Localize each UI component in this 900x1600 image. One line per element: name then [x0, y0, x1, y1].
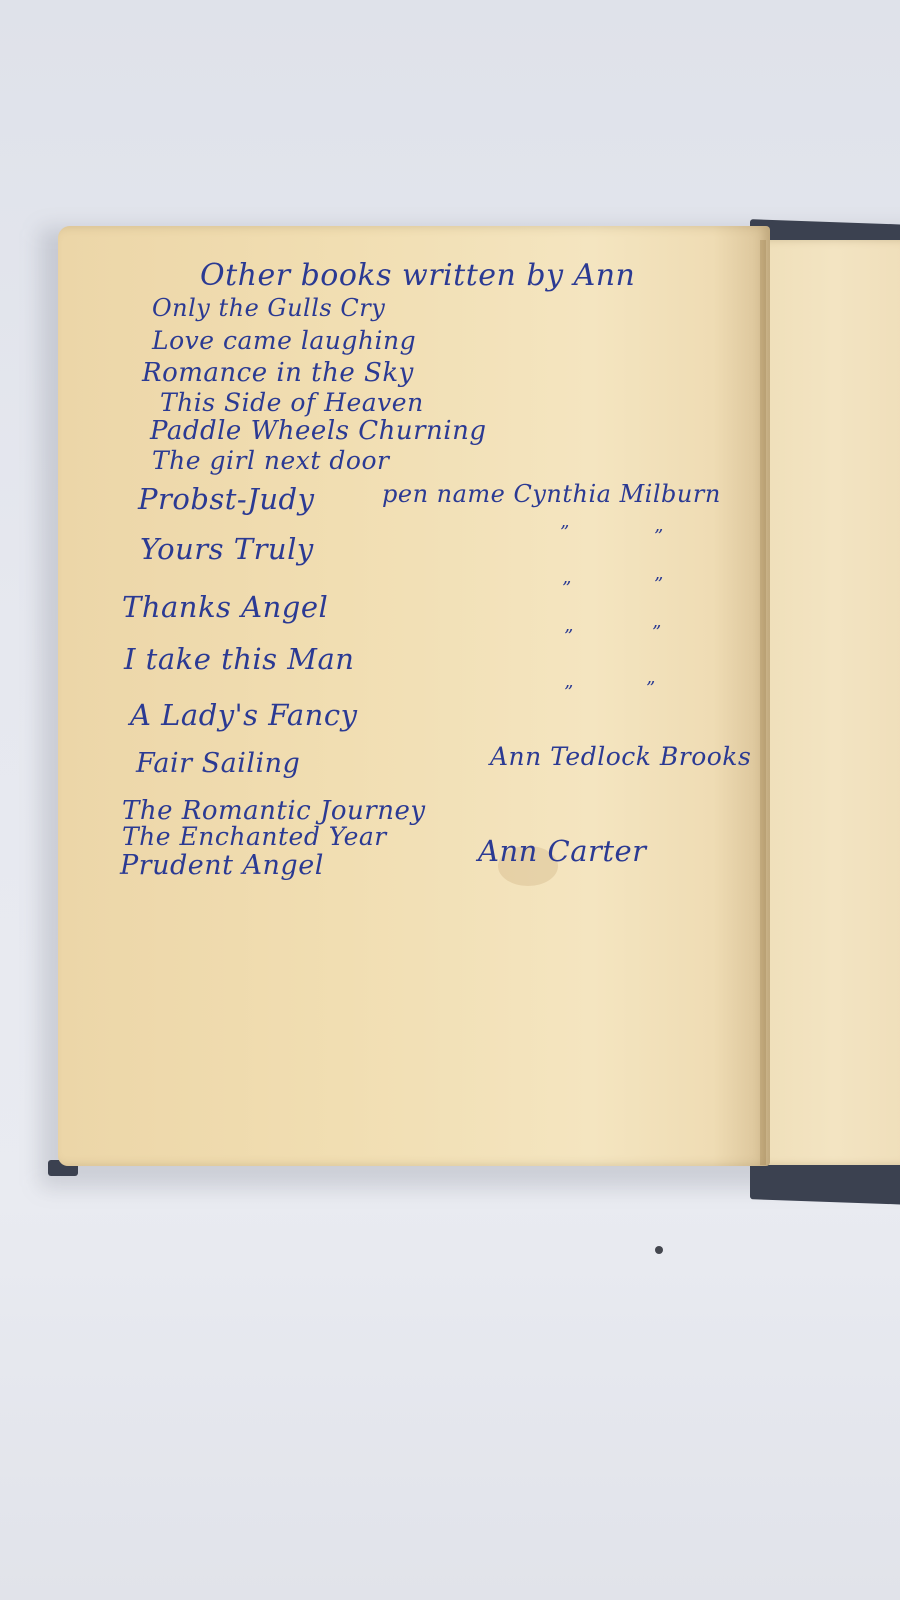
list-heading: Other books written by Ann [200, 258, 635, 293]
list-item: I take this Man [124, 642, 354, 676]
list-item: A Lady's Fancy [130, 698, 357, 732]
list-item: The Enchanted Year [122, 822, 387, 851]
list-item: Romance in the Sky [142, 358, 414, 388]
list-item: Paddle Wheels Churning [150, 416, 487, 446]
ditto-mark: ” [654, 526, 664, 547]
pen-name: Ann Tedlock Brooks [490, 742, 751, 771]
list-item: Probst-Judy [138, 482, 314, 516]
pen-name: Ann Carter [478, 834, 647, 868]
list-item: Only the Gulls Cry [152, 294, 385, 322]
list-item: Yours Truly [140, 532, 314, 566]
book-gutter [760, 240, 766, 1165]
list-item: Fair Sailing [136, 748, 300, 779]
list-item: The girl next door [152, 446, 389, 475]
ditto-mark: ” [562, 578, 572, 599]
ditto-mark: ” [646, 678, 656, 699]
ditto-mark: ” [652, 622, 662, 643]
pen-name: pen name Cynthia Milburn [382, 480, 721, 508]
ditto-mark: ” [564, 682, 574, 703]
list-item: Thanks Angel [122, 590, 328, 624]
debris-spot [655, 1246, 663, 1254]
list-item: Love came laughing [152, 326, 416, 355]
ditto-mark: ” [560, 522, 570, 543]
ditto-mark: ” [564, 626, 574, 647]
ditto-mark: ” [654, 574, 664, 595]
list-item: This Side of Heaven [160, 388, 424, 417]
list-item: Prudent Angel [120, 850, 324, 881]
